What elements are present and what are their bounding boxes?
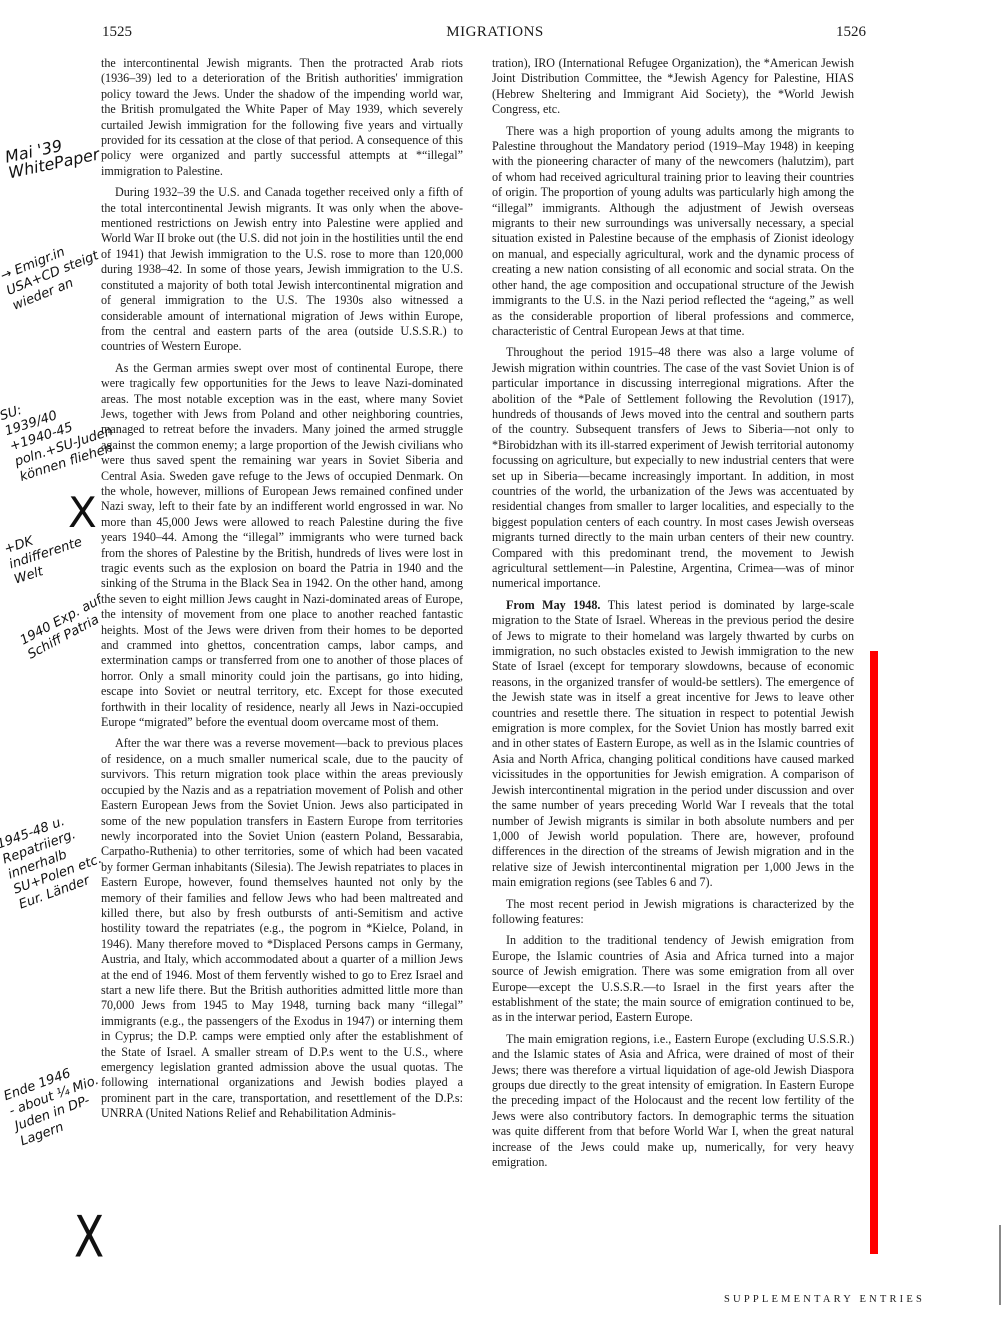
red-highlight-bar xyxy=(870,651,878,1254)
paragraph: Throughout the period 1915–48 there was … xyxy=(492,345,854,592)
paragraph: The main emigration regions, i.e., Easte… xyxy=(492,1032,854,1171)
cross-mark: X xyxy=(68,488,97,537)
paragraph: tration), IRO (International Refugee Org… xyxy=(492,56,854,118)
section-paragraph: From May 1948. This latest period is dom… xyxy=(492,598,854,891)
paragraph: After the war there was a reverse moveme… xyxy=(101,736,463,1121)
cross-mark: X xyxy=(74,1204,104,1270)
paragraph: The most recent period in Jewish migrati… xyxy=(492,897,854,928)
footer-label: SUPPLEMENTARY ENTRIES xyxy=(724,1294,925,1305)
handwritten-note: Mai '39 WhitePaper xyxy=(4,131,101,182)
paragraph: During 1932–39 the U.S. and Canada toget… xyxy=(101,185,463,354)
running-head: MIGRATIONS xyxy=(420,24,570,41)
paragraph: In addition to the traditional tendency … xyxy=(492,933,854,1025)
page-number-right: 1526 xyxy=(836,24,866,41)
page-number-left: 1525 xyxy=(102,24,132,41)
right-column: tration), IRO (International Refugee Org… xyxy=(492,56,854,1170)
section-heading: From May 1948. xyxy=(506,598,600,612)
paragraph: As the German armies swept over most of … xyxy=(101,361,463,731)
handwritten-note: 1940 Exp. auf Schiff Patria xyxy=(18,593,113,664)
paragraph: the intercontinental Jewish migrants. Th… xyxy=(101,56,463,179)
handwritten-note: → Emigr.in USA+CD steigt wieder an xyxy=(0,233,107,314)
left-column: the intercontinental Jewish migrants. Th… xyxy=(101,56,463,1122)
section-text: This latest period is dominated by large… xyxy=(492,598,854,889)
handwritten-note: 1945-48 u. Repatriierg. innerhalb SU+Pol… xyxy=(0,807,110,914)
handwritten-note: Ende 1946 - about ¼ Mio. Juden in DP- La… xyxy=(2,1058,112,1150)
paragraph: There was a high proportion of young adu… xyxy=(492,124,854,340)
